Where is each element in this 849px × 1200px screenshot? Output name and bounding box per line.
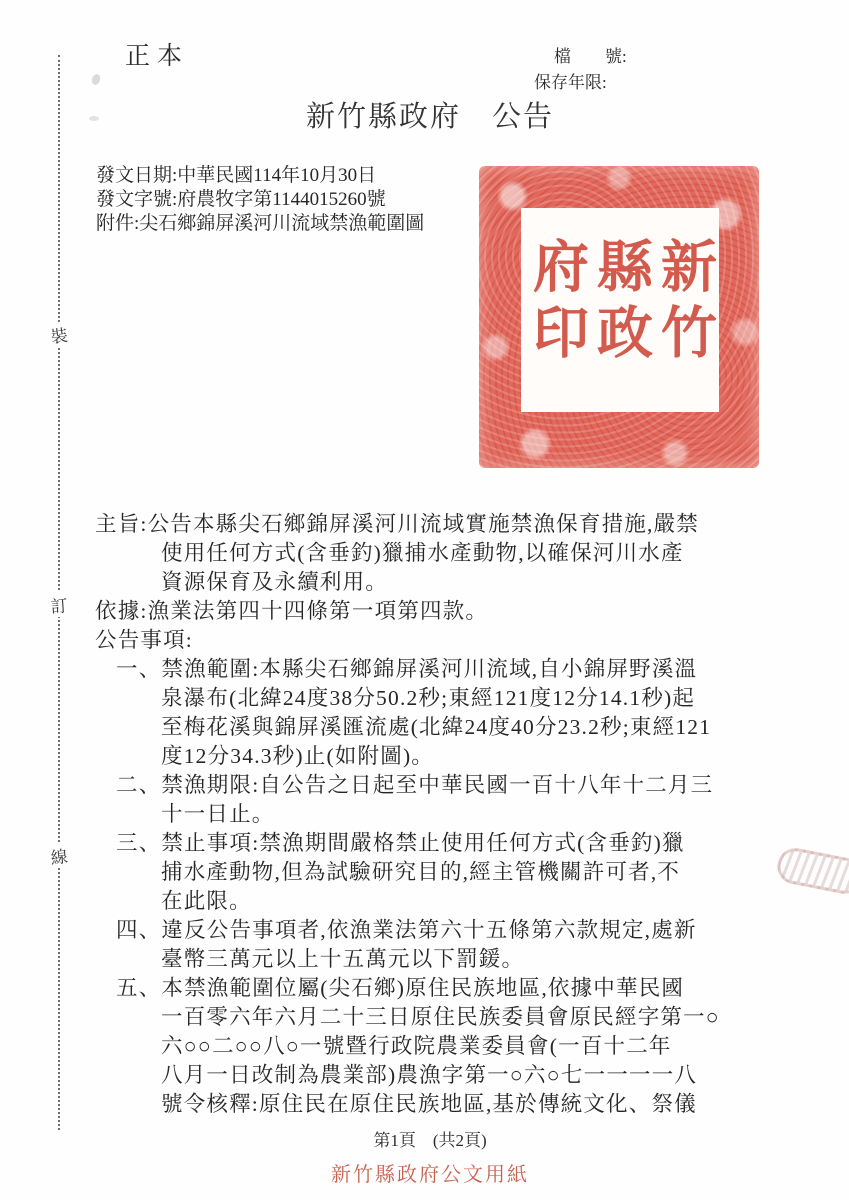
body-line: 臺幣三萬元以上十五萬元以下罰鍰。 bbox=[95, 945, 770, 974]
body-line: 公告事項: bbox=[95, 626, 770, 655]
body-line: 五、本禁漁範圍位屬(尖石鄉)原住民族地區,依據中華民國 bbox=[95, 974, 770, 1003]
body-line: 號令核釋:原住民在原住民族地區,基於傳統文化、祭儀 bbox=[95, 1090, 770, 1119]
body-line: 十一日止。 bbox=[95, 800, 770, 829]
body-line: 依據:漁業法第四十四條第一項第四款。 bbox=[95, 597, 770, 626]
body-line: 使用任何方式(含垂釣)獵捕水產動物,以確保河川水產 bbox=[95, 539, 770, 568]
archive-number-label: 檔 號: bbox=[534, 44, 627, 70]
official-seal: 新竹縣政府印 bbox=[479, 166, 759, 468]
body-line: 至梅花溪與錦屏溪匯流處(北緯24度40分23.2秒;東經121 bbox=[95, 713, 770, 742]
body-line: 度12分34.3秒)止(如附圖)。 bbox=[95, 742, 770, 771]
body-line: 八月一日改制為農業部)農漁字第一○六○七一一一一八 bbox=[95, 1061, 770, 1090]
scan-smudge bbox=[89, 116, 99, 121]
body-line: 在此限。 bbox=[95, 887, 770, 916]
body-line: 一百零六年六月二十三日原住民族委員會原民經字第一○ bbox=[95, 1003, 770, 1032]
partial-edge-stamp bbox=[774, 845, 849, 897]
binding-char-ding: 訂 bbox=[47, 591, 71, 617]
issue-date-line: 發文日期:中華民國114年10月30日 bbox=[96, 164, 424, 188]
document-page: 裝 訂 線 正本 檔 號: 保存年限: 新竹縣政府 公告 發文日期:中華民國11… bbox=[0, 0, 849, 1200]
body-line: 捕水產動物,但為試驗研究目的,經主管機關許可者,不 bbox=[95, 858, 770, 887]
seal-inner-face: 新竹縣政府印 bbox=[521, 208, 719, 412]
file-number-block: 檔 號: 保存年限: bbox=[534, 44, 627, 96]
scan-smudge bbox=[90, 73, 101, 86]
body-line: 泉瀑布(北緯24度38分50.2秒;東經121度12分14.1秒)起 bbox=[95, 684, 770, 713]
body-line: 主旨:公告本縣尖石鄉錦屏溪河川流域實施禁漁保育措施,嚴禁 bbox=[95, 510, 770, 539]
copy-type-label: 正本 bbox=[125, 36, 189, 72]
attachment-line: 附件:尖石鄉錦屏溪河川流域禁漁範圍圖 bbox=[96, 212, 424, 236]
retention-period-label: 保存年限: bbox=[534, 70, 627, 96]
binding-char-zhuang: 裝 bbox=[46, 321, 71, 349]
body-line: 資源保育及永續利用。 bbox=[95, 568, 770, 597]
body-text: 主旨:公告本縣尖石鄉錦屏溪河川流域實施禁漁保育措施,嚴禁使用任何方式(含垂釣)獵… bbox=[95, 510, 770, 1119]
page-number: 第1頁 (共2頁) bbox=[0, 1126, 849, 1151]
body-line: 一、禁漁範圍:本縣尖石鄉錦屏溪河川流域,自小錦屏野溪溫 bbox=[95, 655, 770, 684]
binding-char-xian: 線 bbox=[47, 842, 71, 869]
body-line: 六○○二○○八○一號暨行政院農業委員會(一百十二年 bbox=[95, 1032, 770, 1061]
body-line: 二、禁漁期限:自公告之日起至中華民國一百十八年十二月三 bbox=[95, 771, 770, 800]
seal-text: 新竹縣政府印 bbox=[524, 237, 716, 383]
body-line: 四、違反公告事項者,依漁業法第六十五條第六款規定,處新 bbox=[95, 916, 770, 945]
issuing-meta-block: 發文日期:中華民國114年10月30日 發文字號:府農牧字第1144015260… bbox=[96, 164, 424, 236]
body-line: 三、禁止事項:禁漁期間嚴格禁止使用任何方式(含垂釣)獵 bbox=[95, 829, 770, 858]
doc-number-line: 發文字號:府農牧字第1144015260號 bbox=[96, 188, 424, 212]
document-title: 新竹縣政府 公告 bbox=[0, 94, 849, 135]
paper-name: 新竹縣政府公文用紙 bbox=[0, 1158, 849, 1187]
